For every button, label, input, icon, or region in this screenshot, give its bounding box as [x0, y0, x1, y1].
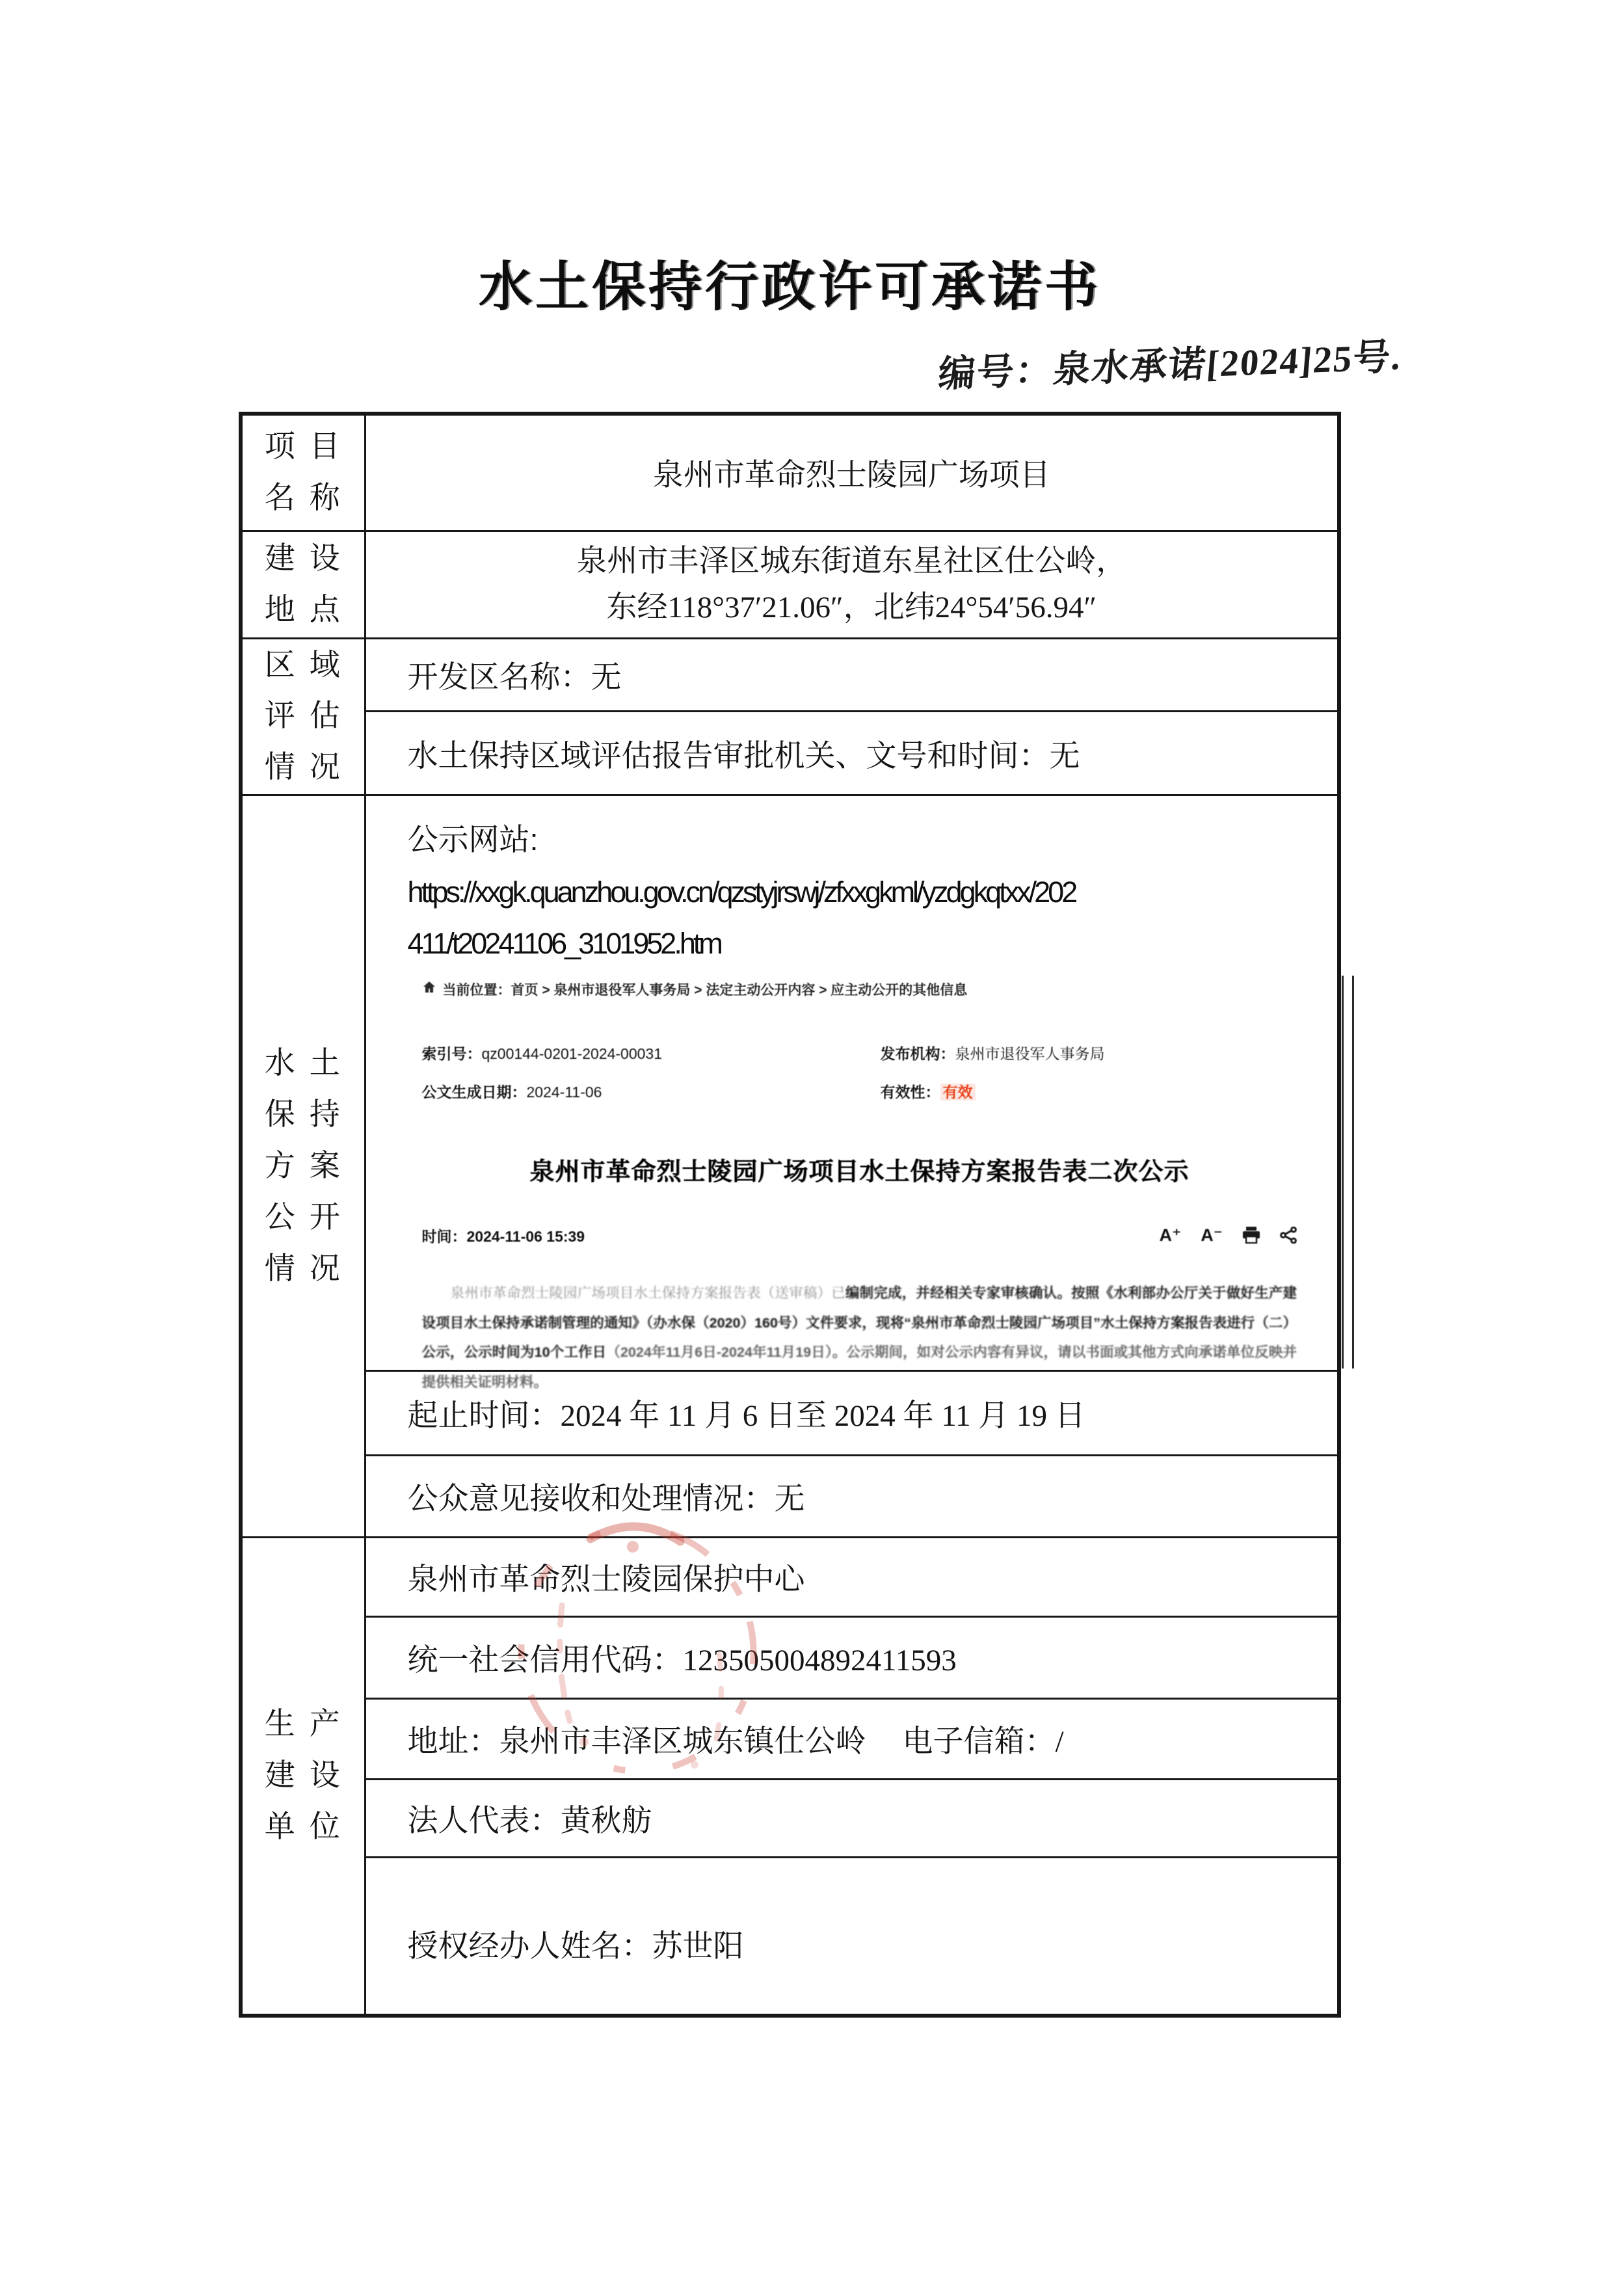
project-name-label: 项目 名称 — [241, 414, 365, 531]
report-approval-value: 水土保持区域评估报告审批机关、文号和时间：无 — [365, 712, 1339, 795]
table-row: 建设 地点 泉州市丰泽区城东街道东星社区仕公岭， 东经118°37′21.06″… — [241, 531, 1339, 638]
commitment-form-table: 项目 名称 泉州市革命烈士陵园广场项目 建设 地点 泉州市丰泽区城东街道东星社区… — [239, 412, 1341, 2018]
breadcrumb: 当前位置：首页 > 泉州市退役军人事务局 > 法定主动公开内容 > 应主动公开的… — [422, 980, 1312, 999]
table-row: 公众意见接收和处理情况：无 — [241, 1455, 1339, 1537]
validity-label: 有效性： — [881, 1084, 940, 1101]
regional-assessment-label: 区域 评估 情况 — [241, 638, 365, 795]
meta-issuer: 发布机构：泉州市退役军人事务局 — [881, 1042, 1312, 1063]
public-website-url: https://xxgk.quanzhou.gov.cn/qzstyjrswj/… — [408, 867, 1312, 969]
meta-date: 公文生成日期：2024-11-06 — [422, 1080, 881, 1102]
scrollbar — [1342, 976, 1354, 1368]
table-row: 统一社会信用代码：123505004892411593 — [241, 1616, 1339, 1698]
public-comments-value: 公众意见接收和处理情况：无 — [365, 1455, 1339, 1537]
table-row: 授权经办人姓名：苏世阳 — [241, 1857, 1339, 2016]
location-value: 泉州市丰泽区城东街道东星社区仕公岭， 东经118°37′21.06″，北纬24°… — [365, 531, 1339, 638]
home-icon — [422, 980, 436, 998]
plan-disclosure-cell: 公示网站: https://xxgk.quanzhou.gov.cn/qzsty… — [365, 795, 1339, 1371]
credit-code-value: 统一社会信用代码：123505004892411593 — [365, 1616, 1339, 1698]
scanned-document-page: 水土保持行政许可承诺书 编号：泉水承诺[2024]25号. 项目 名称 泉州市革… — [0, 0, 1609, 2296]
issuer-label: 发布机构： — [881, 1045, 955, 1062]
public-website-label: 公示网站: — [408, 816, 1312, 859]
address-value: 地址：泉州市丰泽区城东镇仕公岭 — [408, 1717, 866, 1761]
date-label: 公文生成日期： — [422, 1084, 527, 1101]
body-lead: 泉州市革命烈士陵园广场项目水土保持方案报告表（送审稿）已 — [451, 1285, 845, 1301]
plan-disclosure-label: 水土 保持 方案 公开 情况 — [241, 795, 365, 1538]
authorized-agent-value: 授权经办人姓名：苏世阳 — [365, 1857, 1339, 2016]
index-value: qz00144-0201-2024-00031 — [482, 1045, 663, 1062]
project-name-value: 泉州市革命烈士陵园广场项目 — [365, 414, 1339, 531]
unit-name-value: 泉州市革命烈士陵园保护中心 — [365, 1537, 1339, 1616]
construction-unit-label: 生产 建设 单位 — [241, 1537, 365, 2016]
table-row: 区域 评估 情况 开发区名称：无 — [241, 638, 1339, 712]
date-value: 2024-11-06 — [527, 1084, 602, 1101]
table-row: 项目 名称 泉州市革命烈士陵园广场项目 — [241, 414, 1339, 531]
announcement-body: 泉州市革命烈士陵园广场项目水土保持方案报告表（送审稿）已编制完成，并经相关专家审… — [422, 1279, 1297, 1397]
article-toolbar: A⁺ A⁻ — [1160, 1225, 1297, 1246]
announcement-headline: 泉州市革命烈士陵园广场项目水土保持方案报告表二次公示 — [408, 1151, 1312, 1187]
table-row: 法人代表：黄秋舫 — [241, 1779, 1339, 1857]
breadcrumb-text: 当前位置：首页 > 泉州市退役军人事务局 > 法定主动公开内容 > 应主动公开的… — [443, 980, 968, 999]
meta-index: 索引号：qz00144-0201-2024-00031 — [422, 1042, 881, 1063]
location-label: 建设 地点 — [241, 531, 365, 638]
font-increase-icon: A⁺ — [1160, 1225, 1182, 1246]
index-label: 索引号： — [422, 1045, 482, 1062]
webpage-screenshot: 当前位置：首页 > 泉州市退役军人事务局 > 法定主动公开内容 > 应主动公开的… — [408, 980, 1312, 1370]
email-value: 电子信箱：/ — [903, 1717, 1064, 1761]
table-row: 生产 建设 单位 泉州市革命烈士陵园保护中心 — [241, 1537, 1339, 1616]
legal-representative-value: 法人代表：黄秋舫 — [365, 1779, 1339, 1857]
handwritten-doc-number: 编号：泉水承诺[2024]25号. — [937, 327, 1405, 398]
font-decrease-icon: A⁻ — [1201, 1225, 1223, 1246]
time-row: 时间：2024-11-06 15:39 A⁺ A⁻ — [422, 1225, 1297, 1246]
publish-time: 时间：2024-11-06 15:39 — [422, 1225, 585, 1246]
address-email-cell: 地址：泉州市丰泽区城东镇仕公岭 电子信箱：/ — [365, 1698, 1339, 1779]
document-title: 水土保持行政许可承诺书 — [239, 245, 1341, 321]
table-row: 地址：泉州市丰泽区城东镇仕公岭 电子信箱：/ — [241, 1698, 1339, 1779]
print-icon — [1242, 1227, 1260, 1244]
table-row: 水土保持区域评估报告审批机关、文号和时间：无 — [241, 712, 1339, 795]
issuer-value: 泉州市退役军人事务局 — [955, 1045, 1105, 1062]
document-meta: 索引号：qz00144-0201-2024-00031 发布机构：泉州市退役军人… — [422, 1042, 1312, 1102]
share-icon — [1280, 1227, 1297, 1244]
dev-zone-value: 开发区名称：无 — [365, 638, 1339, 712]
meta-validity: 有效性：有效 — [881, 1080, 1312, 1102]
validity-badge: 有效 — [940, 1084, 976, 1101]
table-row: 水土 保持 方案 公开 情况 公示网站: https://xxgk.quanzh… — [241, 795, 1339, 1371]
